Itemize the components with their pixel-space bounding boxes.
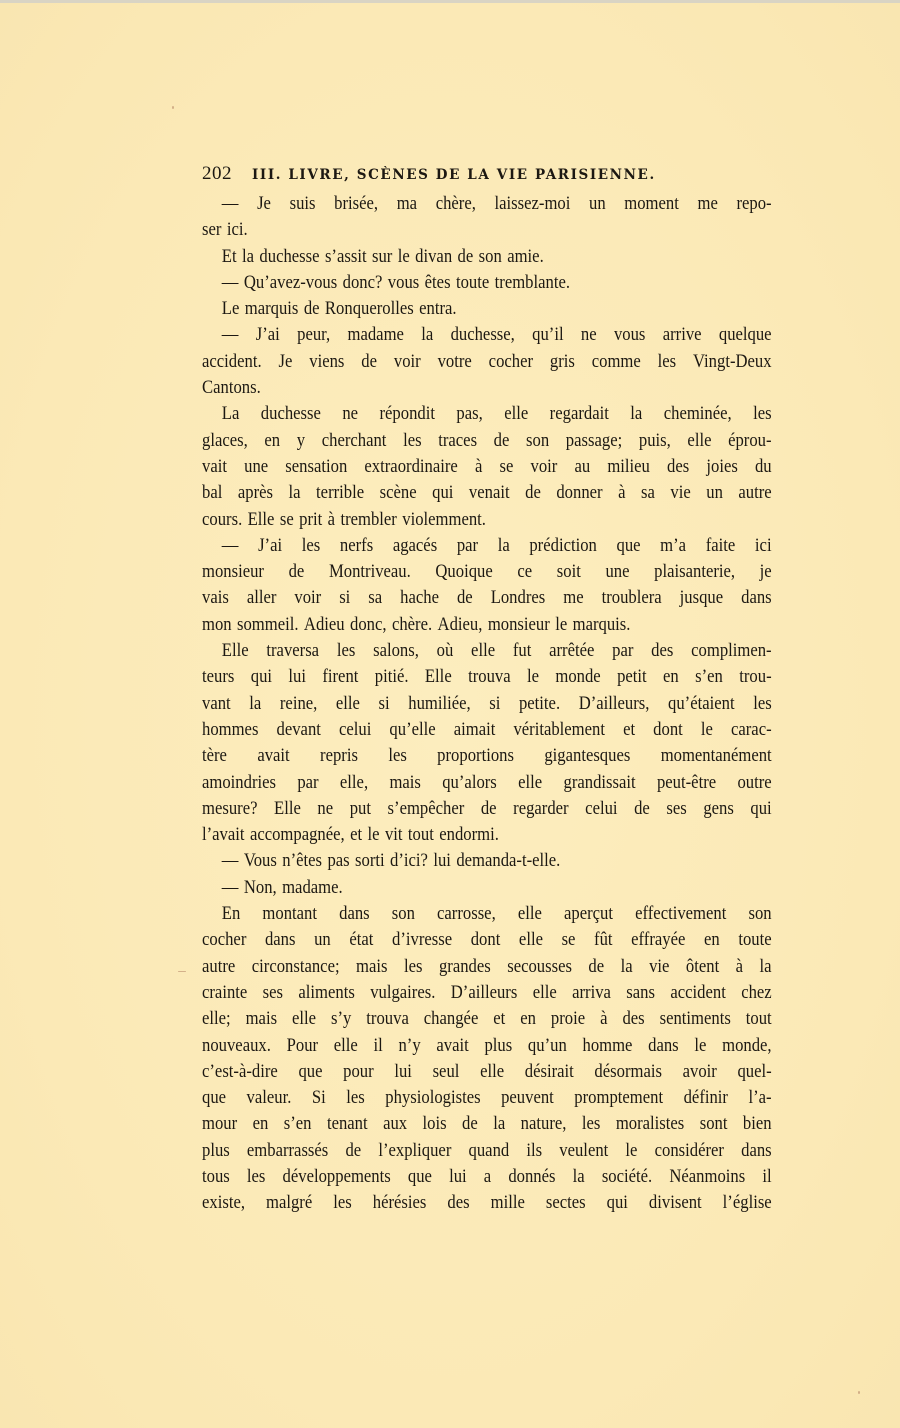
- word: les: [753, 691, 772, 717]
- word: trouva: [468, 664, 511, 690]
- word: veulent: [559, 1138, 608, 1164]
- word: considérer: [655, 1138, 724, 1164]
- word: violemment.: [402, 507, 486, 533]
- word: soit: [557, 559, 581, 585]
- word: monde,: [722, 1033, 771, 1059]
- word: s’empêcher: [388, 796, 465, 822]
- word: accident: [670, 980, 725, 1006]
- word: ce: [517, 559, 532, 585]
- word: La: [222, 401, 240, 427]
- word: tous: [202, 1164, 230, 1190]
- word: des: [622, 1006, 644, 1032]
- word: Montriveau.: [329, 559, 411, 585]
- word: sommeil.: [237, 612, 299, 638]
- word: que: [408, 1164, 432, 1190]
- text-line: c’est-à-direquepourluiseulelledésiraitdé…: [202, 1059, 772, 1085]
- word: amoindries: [202, 770, 276, 796]
- word: en: [520, 1006, 536, 1032]
- word: tout: [746, 1006, 772, 1032]
- word: mais: [246, 1006, 277, 1032]
- word: je: [760, 559, 772, 585]
- word: en: [253, 1111, 269, 1137]
- word: ses: [666, 796, 686, 822]
- word: le: [368, 822, 380, 848]
- word: nerfs: [340, 533, 373, 559]
- text-line: Etladuchesses’assitsurledivandesonamie.: [202, 244, 772, 270]
- word: donner: [556, 480, 602, 506]
- word: madame.: [282, 875, 343, 901]
- word: celui: [339, 717, 371, 743]
- word: outre: [737, 770, 771, 796]
- word: elle: [504, 401, 528, 427]
- word: mais: [356, 954, 387, 980]
- word: repo-: [736, 191, 771, 217]
- word: sont: [700, 1111, 728, 1137]
- word: montant: [262, 901, 317, 927]
- word: vant: [202, 691, 231, 717]
- body-text: —Jesuisbrisée,machère,laissez-moiunmomen…: [202, 191, 772, 1217]
- word: D’ailleurs: [451, 980, 518, 1006]
- word: hommes: [202, 717, 258, 743]
- word: suis: [290, 191, 316, 217]
- word: ser: [202, 217, 221, 243]
- word: éprou-: [728, 428, 771, 454]
- word: du: [755, 454, 772, 480]
- word: les: [403, 428, 422, 454]
- word: seul: [433, 1059, 460, 1085]
- running-head-title: III. LIVRE, SCÈNES DE LA VIE PARISIENNE.: [252, 167, 656, 183]
- text-line: accident.Jeviensdevoirvotrecochergriscom…: [202, 349, 772, 375]
- word: sentiments: [660, 1006, 731, 1032]
- word: la: [249, 691, 261, 717]
- word: vais: [202, 585, 229, 611]
- word: de: [525, 480, 541, 506]
- word: monde: [555, 664, 600, 690]
- word: arriva: [572, 980, 611, 1006]
- word: circonstance;: [252, 954, 340, 980]
- word: état: [349, 927, 373, 953]
- word: tout: [408, 822, 434, 848]
- word: regardait: [550, 401, 609, 427]
- word: le: [701, 717, 713, 743]
- word: ils: [526, 1138, 542, 1164]
- word: carrosse,: [437, 901, 496, 927]
- word: valeur.: [247, 1085, 292, 1111]
- word: elle: [518, 901, 542, 927]
- text-line: —Non,madame.: [202, 875, 772, 901]
- word: tremblante.: [495, 270, 570, 296]
- word: le: [527, 664, 539, 690]
- word: lui: [449, 1164, 467, 1190]
- word: viens: [309, 349, 344, 375]
- word: duchesse: [261, 401, 321, 427]
- word: les: [337, 638, 356, 664]
- word: après: [238, 480, 273, 506]
- text-line: glaces,enycherchantlestracesdesonpassage…: [202, 428, 772, 454]
- word: celui: [585, 796, 617, 822]
- word: autre: [202, 954, 235, 980]
- word: qui: [607, 1190, 628, 1216]
- word: qu’alors: [442, 770, 497, 796]
- word: Cantons.: [202, 375, 261, 401]
- word: proie: [551, 1006, 585, 1032]
- word: de: [634, 796, 650, 822]
- word: Elle: [248, 507, 275, 533]
- word: ne: [317, 796, 333, 822]
- word: traversa: [266, 638, 319, 664]
- word: Ronquerolles: [325, 296, 414, 322]
- word: la: [421, 322, 433, 348]
- word: à: [600, 1006, 607, 1032]
- word: son: [392, 901, 415, 927]
- word: pas: [327, 848, 349, 874]
- word: milieu: [607, 454, 650, 480]
- word: elle: [471, 638, 495, 664]
- word: sorti: [355, 848, 385, 874]
- word: toute: [456, 270, 489, 296]
- word: comme: [592, 349, 641, 375]
- text-line: autrecirconstance;maislesgrandessecousse…: [202, 954, 772, 980]
- word: se: [562, 927, 576, 953]
- word: ici: [755, 533, 772, 559]
- word: quand: [469, 1138, 510, 1164]
- word: une: [244, 454, 268, 480]
- word: arrive: [663, 322, 702, 348]
- word: gris: [550, 349, 575, 375]
- word: sa: [368, 585, 382, 611]
- word: elle: [533, 980, 557, 1006]
- word: de: [462, 1111, 478, 1137]
- word: nouveaux.: [202, 1033, 271, 1059]
- word: plus: [202, 1138, 230, 1164]
- word: moment: [624, 191, 679, 217]
- word: donnés: [508, 1164, 555, 1190]
- word: les: [404, 954, 423, 980]
- word: monsieur: [488, 612, 550, 638]
- word: vous: [388, 270, 419, 296]
- word: de: [304, 296, 320, 322]
- word: se: [280, 507, 294, 533]
- word: la: [498, 533, 510, 559]
- word: sans: [626, 980, 655, 1006]
- text-line: amoindriesparelle,maisqu’alorsellegrandi…: [202, 770, 772, 796]
- word: pour: [343, 1059, 374, 1085]
- word: elle: [480, 1059, 504, 1085]
- word: par: [297, 770, 318, 796]
- word: trouva: [366, 1006, 409, 1032]
- word: que: [617, 533, 641, 559]
- word: qu’un: [528, 1033, 567, 1059]
- word: Et: [222, 244, 237, 270]
- word: mais: [389, 770, 420, 796]
- word: aimait: [454, 717, 496, 743]
- word: s’en: [284, 1111, 312, 1137]
- word: désirait: [525, 1059, 574, 1085]
- word: lui: [433, 848, 451, 874]
- word: fût: [594, 927, 613, 953]
- word: n’y: [398, 1033, 420, 1059]
- word: passage;: [566, 428, 622, 454]
- word: y: [297, 428, 305, 454]
- word: physiologistes: [385, 1085, 480, 1111]
- word: ses: [263, 980, 283, 1006]
- word: regarder: [513, 796, 568, 822]
- word: à: [736, 954, 743, 980]
- word: endormi.: [439, 822, 499, 848]
- word: elle: [334, 1033, 358, 1059]
- word: Je: [279, 349, 293, 375]
- word: existe,: [202, 1190, 245, 1216]
- text-line: —Qu’avez-vousdonc?vousêtestoutetremblant…: [202, 270, 772, 296]
- word: elle: [687, 428, 711, 454]
- word: répondit: [379, 401, 434, 427]
- word: donc,: [350, 612, 387, 638]
- word: me: [563, 585, 583, 611]
- word: vie: [649, 954, 669, 980]
- word: —: [222, 848, 239, 874]
- word: —: [222, 875, 239, 901]
- word: au: [574, 454, 590, 480]
- word: vie: [670, 480, 690, 506]
- text-line: mourens’entenantauxloisdelanature,lesmor…: [202, 1111, 772, 1137]
- paper-speck: [178, 971, 186, 972]
- text-line: —Jesuisbrisée,machère,laissez-moiunmomen…: [202, 191, 772, 217]
- word: les: [388, 743, 407, 769]
- word: firent: [322, 664, 358, 690]
- word: —: [222, 270, 239, 296]
- word: promptement: [574, 1085, 663, 1111]
- word: une: [605, 559, 629, 585]
- word: petit: [617, 664, 647, 690]
- text-line: vantlareine,ellesihumiliée,sipetite.D’ai…: [202, 691, 772, 717]
- word: un: [589, 191, 606, 217]
- word: la: [760, 954, 772, 980]
- word: mon: [202, 612, 232, 638]
- word: ne: [581, 322, 597, 348]
- word: qui: [432, 480, 453, 506]
- word: la: [630, 401, 642, 427]
- text-line: hommesdevantceluiqu’elleaimaitvéritablem…: [202, 717, 772, 743]
- word: sa: [641, 480, 655, 506]
- word: définir: [684, 1085, 728, 1111]
- word: embarrassés: [247, 1138, 328, 1164]
- word: société.: [602, 1164, 652, 1190]
- word: voir: [531, 454, 558, 480]
- word: dans: [741, 585, 772, 611]
- word: chère,: [436, 191, 476, 217]
- word: l’a-: [748, 1085, 771, 1111]
- word: lui: [394, 1059, 412, 1085]
- word: qui: [750, 796, 771, 822]
- text-line: LemarquisdeRonquerollesentra.: [202, 296, 772, 322]
- word: duchesse: [259, 244, 319, 270]
- text-line: —Vousn’êtespassortid’ici?luidemanda-t-el…: [202, 848, 772, 874]
- word: dans: [339, 901, 370, 927]
- word: d’ivresse: [392, 927, 452, 953]
- word: homme: [582, 1033, 632, 1059]
- word: chez: [741, 980, 772, 1006]
- word: mesure?: [202, 796, 257, 822]
- word: la: [493, 1111, 505, 1137]
- word: un: [314, 927, 331, 953]
- word: ôtent: [686, 954, 719, 980]
- word: bal: [202, 480, 222, 506]
- text-line: elle;maiselles’ytrouvachangéeetenproieàd…: [202, 1006, 772, 1032]
- text-line: tèreavaitreprislesproportionsgigantesque…: [202, 743, 772, 769]
- word: lui: [288, 664, 306, 690]
- word: J’ai: [258, 533, 282, 559]
- word: si: [379, 691, 390, 717]
- word: effectivement: [635, 901, 726, 927]
- word: ici.: [227, 217, 248, 243]
- word: un: [706, 480, 723, 506]
- word: Adieu: [304, 612, 345, 638]
- word: gigantesques: [544, 743, 630, 769]
- word: à: [328, 507, 335, 533]
- word: que: [202, 1085, 226, 1111]
- word: en: [704, 927, 720, 953]
- word: vit: [385, 822, 403, 848]
- word: elle: [518, 770, 542, 796]
- word: madame: [348, 322, 404, 348]
- text-line: touslesdéveloppementsqueluiadonnéslasoci…: [202, 1164, 772, 1190]
- word: Vingt-Deux: [693, 349, 772, 375]
- word: moralistes: [616, 1111, 684, 1137]
- word: J’ai: [256, 322, 280, 348]
- text-line: existe,malgréleshérésiesdesmillesectesqu…: [202, 1190, 772, 1216]
- word: des: [651, 638, 673, 664]
- word: voir: [394, 349, 421, 375]
- word: le: [555, 612, 567, 638]
- word: —: [222, 533, 239, 559]
- word: Je: [257, 191, 271, 217]
- word: reine,: [280, 691, 317, 717]
- word: joies: [706, 454, 737, 480]
- word: accompagnée,: [250, 822, 345, 848]
- word: monsieur: [202, 559, 264, 585]
- word: par: [612, 638, 633, 664]
- word: quel-: [737, 1059, 771, 1085]
- word: chère.: [392, 612, 432, 638]
- paper-speck: [858, 1391, 860, 1394]
- text-line: vaisallervoirsisahachedeLondresmetrouble…: [202, 585, 772, 611]
- word: prit: [299, 507, 322, 533]
- word: salons,: [373, 638, 419, 664]
- word: toute: [738, 927, 771, 953]
- text-line: Elletraversalessalons,oùellefutarrêtéepa…: [202, 638, 772, 664]
- word: secousses: [507, 954, 572, 980]
- word: plus: [484, 1033, 512, 1059]
- word: qu’étaient: [668, 691, 735, 717]
- word: que: [298, 1059, 322, 1085]
- text-line: Enmontantdanssoncarrosse,elleaperçuteffe…: [202, 901, 772, 927]
- word: aux: [383, 1111, 407, 1137]
- word: jusque: [680, 585, 723, 611]
- word: prédiction: [529, 533, 597, 559]
- word: le: [625, 1138, 637, 1164]
- word: puis,: [639, 428, 671, 454]
- word: n’êtes: [282, 848, 322, 874]
- word: me: [697, 191, 717, 217]
- word: Elle: [222, 638, 249, 664]
- word: s’en: [695, 664, 723, 690]
- word: venait: [469, 480, 510, 506]
- word: Si: [312, 1085, 326, 1111]
- word: des: [667, 454, 689, 480]
- text-line: teursquiluifirentpitié.Elletrouvalemonde…: [202, 664, 772, 690]
- word: malgré: [266, 1190, 312, 1216]
- word: de: [588, 954, 604, 980]
- word: son: [748, 901, 771, 927]
- word: l’avait: [202, 822, 245, 848]
- word: de: [345, 1138, 361, 1164]
- word: m’a: [660, 533, 686, 559]
- word: êtes: [425, 270, 451, 296]
- word: Pour: [287, 1033, 318, 1059]
- text-line: l’avaitaccompagnée,etlevittoutendormi.: [202, 822, 772, 848]
- word: la: [621, 954, 633, 980]
- word: les: [582, 1111, 601, 1137]
- word: aperçut: [564, 901, 613, 927]
- text-line: vaitunesensationextraordinaireàsevoiraum…: [202, 454, 772, 480]
- word: de: [494, 428, 510, 454]
- word: aller: [247, 585, 277, 611]
- word: a: [484, 1164, 491, 1190]
- word: terrible: [316, 480, 364, 506]
- word: fut: [513, 638, 532, 664]
- word: vait: [202, 454, 227, 480]
- word: les: [346, 1085, 365, 1111]
- word: s’assit: [325, 244, 367, 270]
- word: Non,: [244, 875, 277, 901]
- word: il: [374, 1033, 383, 1059]
- word: la: [573, 1164, 585, 1190]
- word: D’ailleurs,: [579, 691, 650, 717]
- word: votre: [438, 349, 472, 375]
- word: en: [663, 664, 679, 690]
- word: désormais: [594, 1059, 662, 1085]
- word: véritablement: [513, 717, 605, 743]
- word: ma: [397, 191, 417, 217]
- word: s’y: [331, 1006, 351, 1032]
- word: dans: [741, 1138, 772, 1164]
- word: Néanmoins: [669, 1164, 745, 1190]
- word: dans: [265, 927, 296, 953]
- word: mour: [202, 1111, 237, 1137]
- text-line: quevaleur.Silesphysiologistespeuventprom…: [202, 1085, 772, 1111]
- word: hérésies: [373, 1190, 427, 1216]
- word: avait: [257, 743, 289, 769]
- word: elle: [336, 691, 360, 717]
- word: grandissait: [563, 770, 635, 796]
- word: peur,: [297, 322, 330, 348]
- word: En: [222, 901, 241, 927]
- word: changée: [424, 1006, 479, 1032]
- word: duchesse,: [451, 322, 515, 348]
- word: et: [350, 822, 362, 848]
- word: donc?: [343, 270, 383, 296]
- word: et: [493, 1006, 505, 1032]
- word: petite.: [519, 691, 560, 717]
- word: tenant: [327, 1111, 368, 1137]
- word: vulgaires.: [370, 980, 435, 1006]
- word: les: [247, 1164, 266, 1190]
- word: put: [350, 796, 371, 822]
- word: Londres: [491, 585, 546, 611]
- word: troublera: [602, 585, 662, 611]
- word: demanda-t-elle.: [456, 848, 560, 874]
- word: devant: [277, 717, 321, 743]
